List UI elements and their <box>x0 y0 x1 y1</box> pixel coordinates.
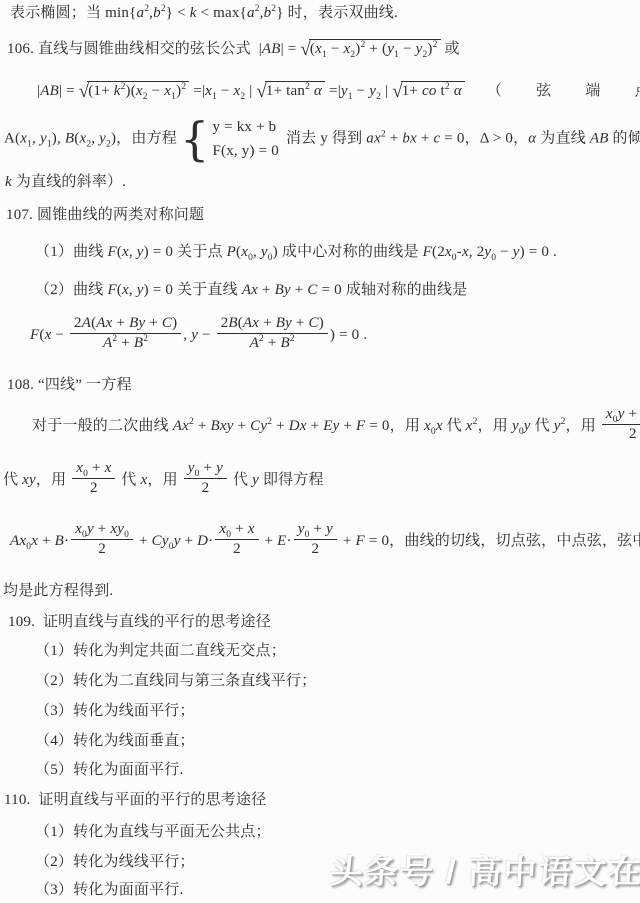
line-slope-note: k 为直线的斜率）. <box>5 172 126 192</box>
item-110-sub-1: （1）转化为直线与平面无公共点； <box>35 822 271 842</box>
item-108-para-2-substitutions: 代 xy，用 x0 + x2 代 x，用 y0 + y2 代 y 即得方程 <box>3 462 324 500</box>
item-109-heading-line-line-parallel: 109. 证明直线与直线的平行的思考途径 <box>8 612 271 632</box>
item-108-heading-four-lines: 108. “四线” 一方程 <box>7 375 132 395</box>
item-107-heading-symmetry: 107. 圆锥曲线的两类对称问题 <box>6 205 204 225</box>
item-109-sub-4: （4）转化为线面垂直； <box>35 731 195 751</box>
item-109-sub-5: （5）转化为面面平行. <box>35 760 183 780</box>
item-107-sub-1-central-symmetry: （1）曲线 F(x, y) = 0 关于点 P(x0, y0) 成中心对称的曲线… <box>35 242 557 262</box>
watermark: 头条号 / 高中语文在线 <box>329 846 640 893</box>
item-108-para-1-substitutions: 对于一般的二次曲线 Ax2 + Bxy + Cy2 + Dx + Ey + F … <box>32 408 640 446</box>
item-107-sub-2-axial-symmetry: （2）曲线 F(x, y) = 0 关于直线 Ax + By + C = 0 成… <box>35 280 467 300</box>
document-page: 表示椭圆；当 min{a2,b2} < k < max{a2,b2} 时，表示双… <box>0 0 640 903</box>
item-109-sub-1: （1）转化为判定共面二直线无交点； <box>35 641 286 661</box>
item-109-sub-2: （2）转化为二直线同与第三条直线平行； <box>35 671 316 691</box>
item-106-heading-chord-length: 106. 直线与圆锥曲线相交的弦长公式 |AB| = √(x1 − x2)2 +… <box>7 37 460 62</box>
formula-four-lines-equation: Ax0x + B·x0y + xy02 + Cy0y + D·x0 + x2 +… <box>10 523 640 561</box>
line-equation-system: A(x1, y1), B(x2, y2)，由方程{y = kx + bF(x, … <box>4 117 640 162</box>
item-110-sub-3: （3）转化为面面平行. <box>35 880 183 900</box>
formula-axial-symmetry: F(x − 2A(Ax + By + C)A2 + B2, y − 2B(Ax … <box>30 317 367 355</box>
item-108-para-3-conclusion: 均是此方程得到. <box>3 581 113 601</box>
formula-chord-length-expanded: |AB| = √(1+ k2)(x2 − x1)2 =|x1 − x2 | √1… <box>37 79 640 104</box>
item-109-sub-3: （3）转化为线面平行； <box>35 701 195 721</box>
line-ellipse-hyperbola-condition: 表示椭圆；当 min{a2,b2} < k < max{a2,b2} 时，表示双… <box>10 3 398 23</box>
item-110-sub-2: （2）转化为线线平行； <box>35 852 195 872</box>
item-110-heading-line-plane-parallel: 110. 证明直线与平面的平行的思考途径 <box>4 790 266 810</box>
